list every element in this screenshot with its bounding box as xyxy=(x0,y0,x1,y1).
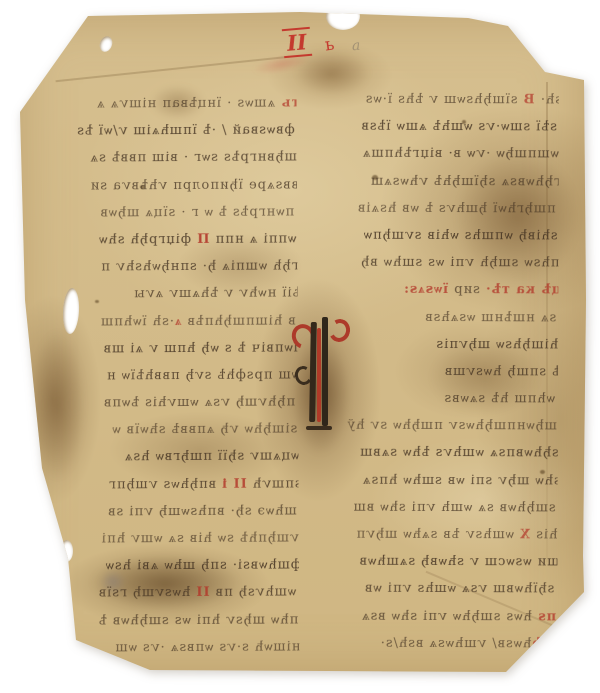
edge-highlight xyxy=(0,0,600,693)
parchment-wrapper: ІІ ь а ть ѧшѡѕ · їнцѣвап нішѵѧ ѧфвѡѕвай … xyxy=(0,0,600,693)
ink-text: ѣ xyxy=(544,636,558,651)
manuscript-scan: ІІ ь а ть ѧшѡѕ · їнцѣвап нішѵѧ ѧфвѡѕвай … xyxy=(0,0,600,693)
parchment-leaf: ІІ ь а ть ѧшѡѕ · їнцѣвап нішѵѧ ѧфвѡѕвай … xyxy=(0,0,600,693)
